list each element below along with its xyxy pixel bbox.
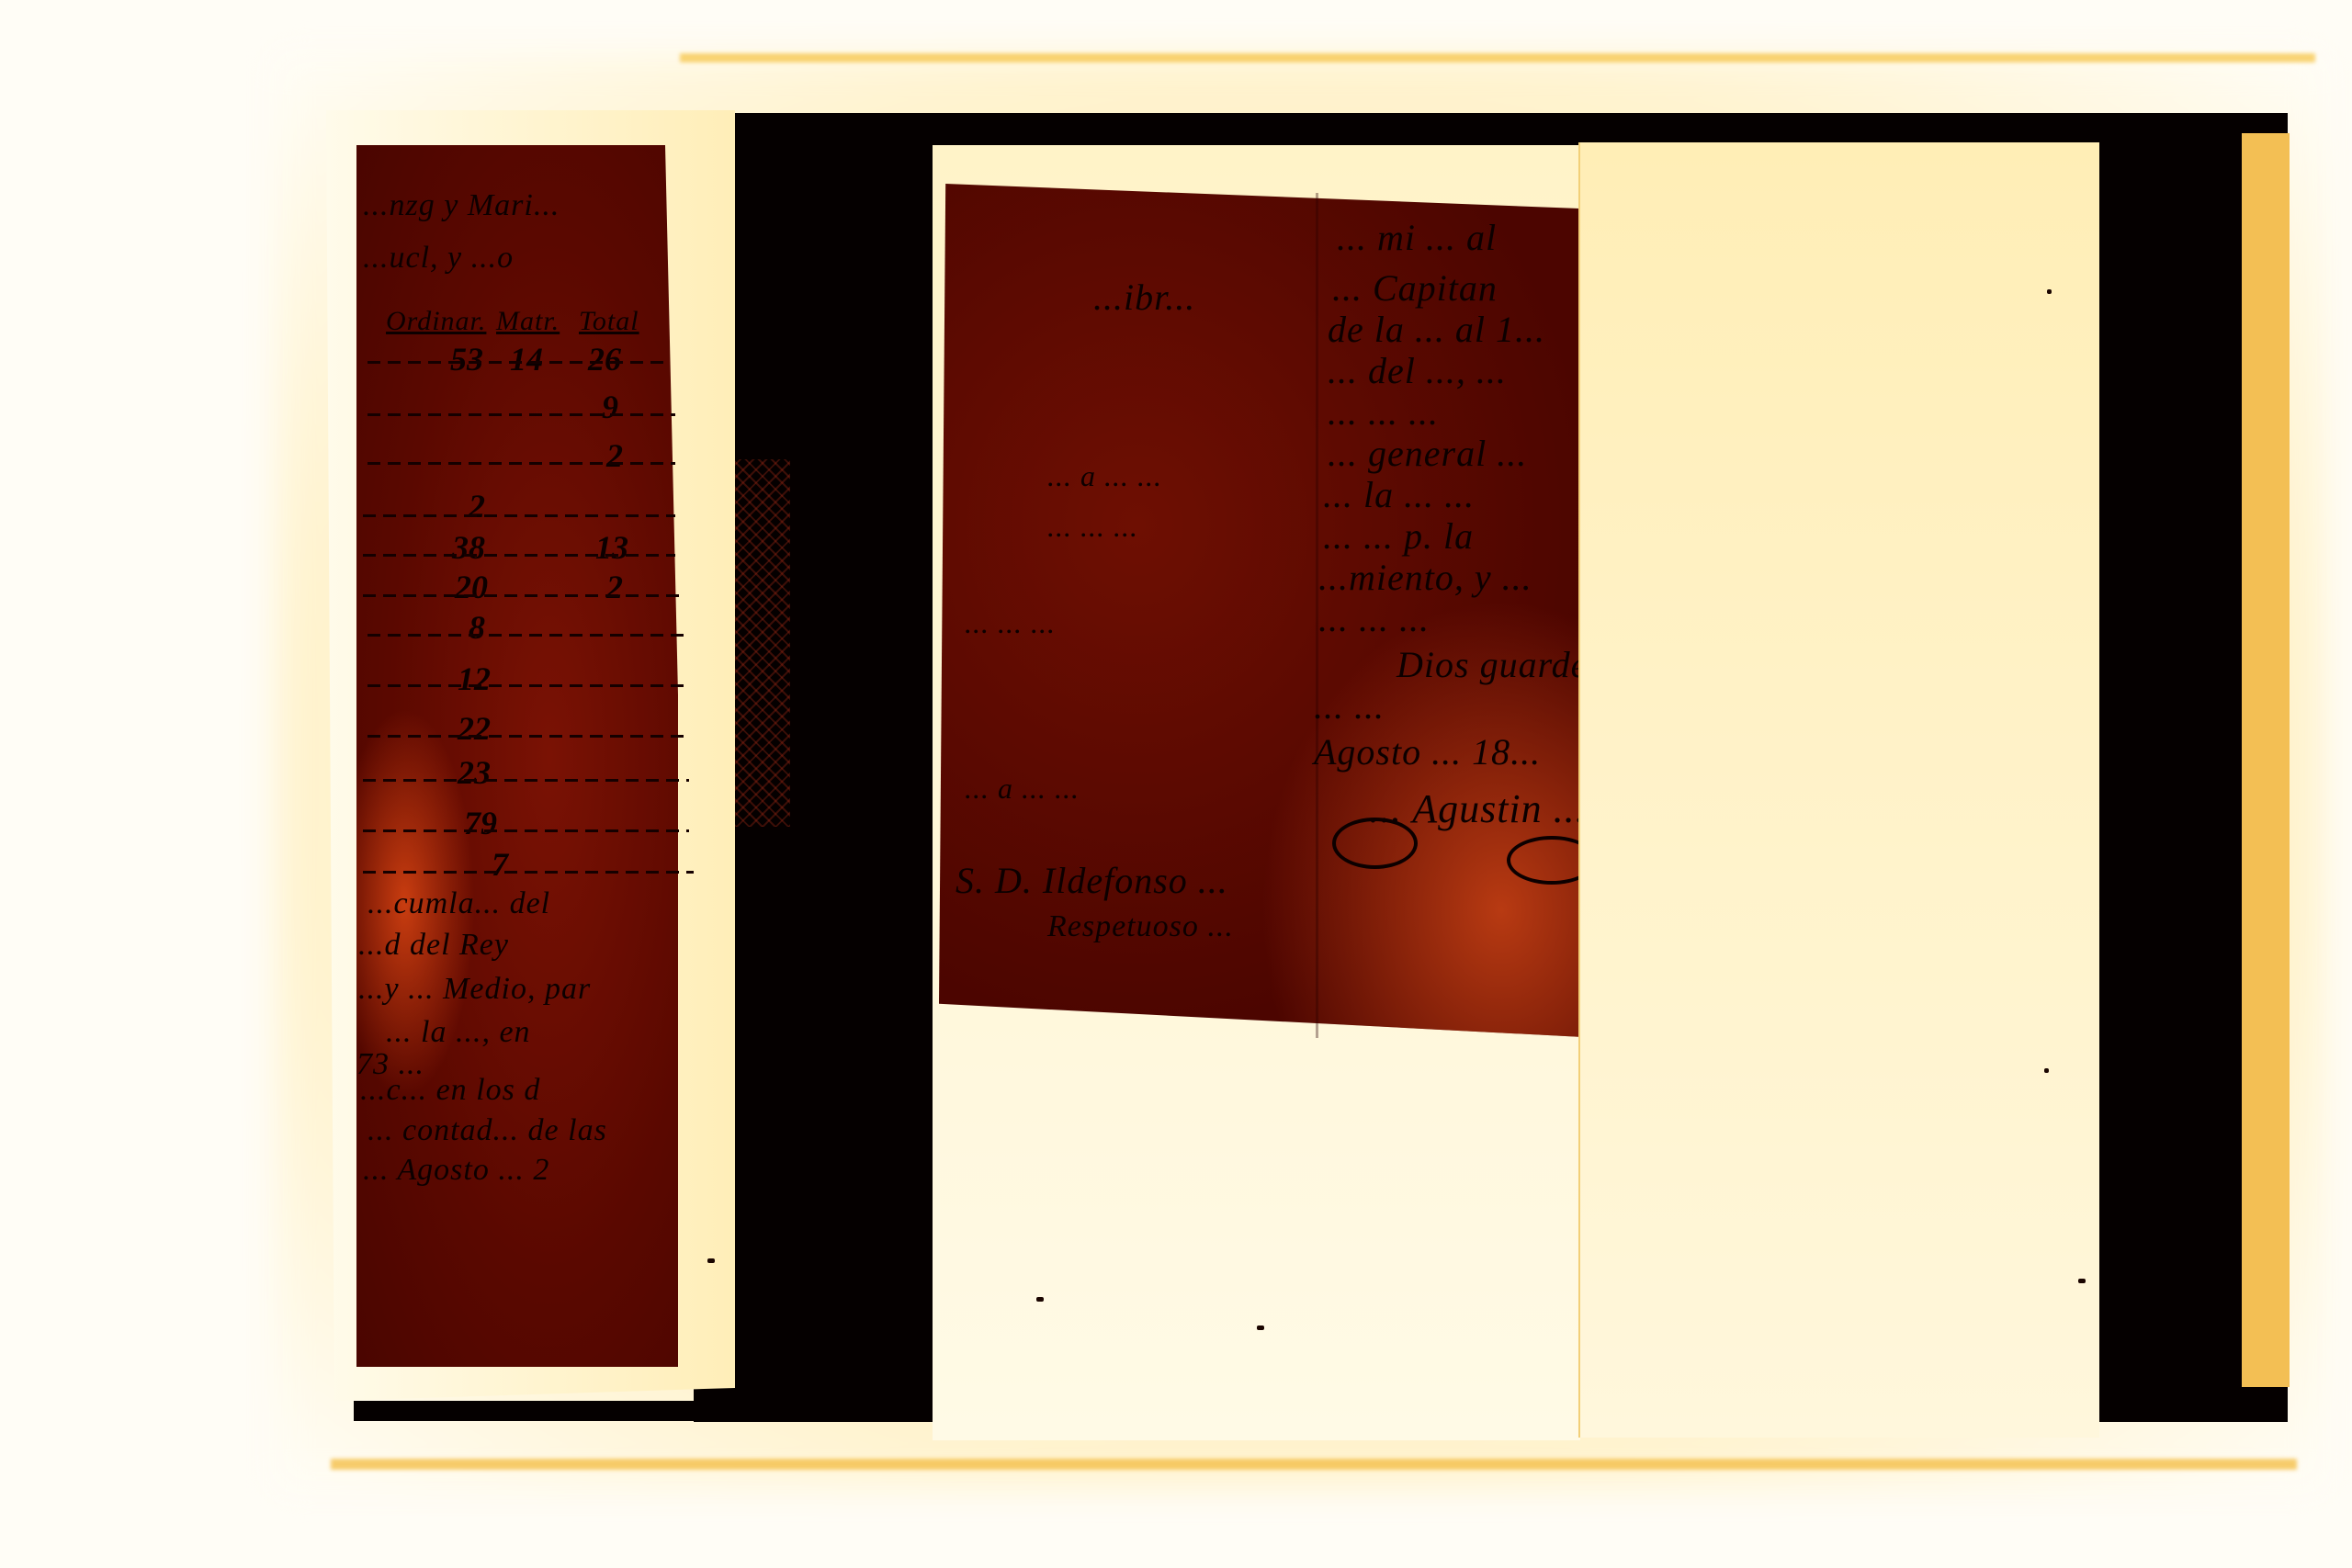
tally-left-value: 8 <box>469 608 485 647</box>
tally-right-value: 13 <box>595 528 628 567</box>
tally-value: 53 <box>450 340 483 378</box>
letter-closing: Respetuoso ... <box>1047 909 1234 944</box>
right-leaf-paper <box>1578 142 2099 1438</box>
letter-right-line: ... ... ... <box>1318 597 1430 640</box>
left-footer-line: ... Agosto ... 2 <box>363 1153 549 1188</box>
binding-hole-mark <box>2078 1279 2086 1283</box>
backing-edge-lip <box>2242 133 2290 1387</box>
tally-right-value: 9 <box>602 388 618 426</box>
letter-right-line: ... Capitan <box>1332 266 1498 310</box>
left-footer-line: ... contad... de las <box>367 1113 607 1148</box>
left-footer-line: ...cumla... del <box>367 886 550 921</box>
binding-hole-mark <box>1036 1297 1044 1302</box>
paper-speck <box>2044 1068 2049 1073</box>
tally-left-value: 2 <box>469 487 485 525</box>
letter-right-line: ... ... ... <box>1328 390 1439 434</box>
signature-flourish <box>1332 818 1418 869</box>
ledger-dash-line <box>363 779 689 782</box>
ledger-dash-line <box>367 361 671 364</box>
ledger-dash-line <box>367 413 675 416</box>
left-footer-line: ...y ... Medio, par <box>358 972 591 1007</box>
left-header-line: ...nzg y Mari... <box>363 188 560 223</box>
paper-speck <box>2047 289 2052 294</box>
ledger-dash-line <box>367 462 675 465</box>
column-header-matr: Matr. <box>496 306 560 337</box>
letter-right-line: ... del ..., ... <box>1328 349 1507 392</box>
left-footer-line: ...d del Rey <box>358 928 509 963</box>
ledger-dash-line <box>367 634 684 637</box>
mount-edge-bottom <box>331 1459 2297 1470</box>
ledger-dash-line <box>363 871 694 874</box>
letter-addressee: S. D. Ildefonso ... <box>955 859 1228 902</box>
tally-value: 26 <box>588 340 621 378</box>
tally-left-value: 7 <box>492 845 508 884</box>
left-footer-line: ... la ..., en <box>386 1015 531 1050</box>
ledger-dash-line <box>367 684 689 687</box>
left-header-line: ...ucl, y ...o <box>363 241 514 276</box>
letter-right-line: ... ... <box>1314 684 1385 728</box>
ledger-dash-line <box>363 829 689 832</box>
binding-hole-mark <box>707 1258 715 1263</box>
letter-right-line: ... mi ... al <box>1337 216 1497 259</box>
letter-date-line: Agosto ... 18... <box>1314 730 1541 773</box>
letter-right-line: ... ... p. la <box>1323 514 1474 558</box>
column-header-ordinary: Ordinar. <box>386 306 486 337</box>
column-header-total: Total <box>579 306 639 337</box>
black-backing-strip <box>354 1401 703 1421</box>
backing-texture-mark <box>735 459 790 827</box>
mount-edge-top <box>680 53 2315 62</box>
tally-right-value: 2 <box>606 436 623 475</box>
ledger-dash-line <box>363 594 680 597</box>
tally-value: 14 <box>510 340 543 378</box>
letter-right-line: de la ... al 1... <box>1328 308 1545 351</box>
letter-left-line: ... ... ... <box>1047 510 1138 544</box>
binding-hole-mark <box>1257 1325 1264 1330</box>
tally-left-value: 38 <box>452 528 485 567</box>
letter-right-line: ... general ... <box>1328 432 1527 475</box>
ledger-dash-line <box>367 735 689 738</box>
letter-left-line: ... a ... ... <box>965 772 1080 806</box>
tally-left-value: 12 <box>458 660 491 698</box>
tally-left-value: 79 <box>464 804 497 842</box>
tally-left-value: 23 <box>458 753 491 792</box>
salutation-line: ...ibr... <box>1093 276 1195 319</box>
letter-left-line: ... ... ... <box>965 606 1056 640</box>
letter-right-line: ... la ... ... <box>1323 473 1475 516</box>
tally-left-value: 22 <box>458 709 491 748</box>
letter-right-line: ...miento, y ... <box>1318 556 1532 599</box>
tally-right-value: 2 <box>606 568 623 606</box>
tally-left-value: 20 <box>455 568 488 606</box>
letter-left-line: ... a ... ... <box>1047 459 1162 493</box>
ledger-dash-line <box>363 514 675 517</box>
left-footer-line: ...c... en los d <box>360 1073 540 1108</box>
ledger-dash-line <box>363 554 675 557</box>
